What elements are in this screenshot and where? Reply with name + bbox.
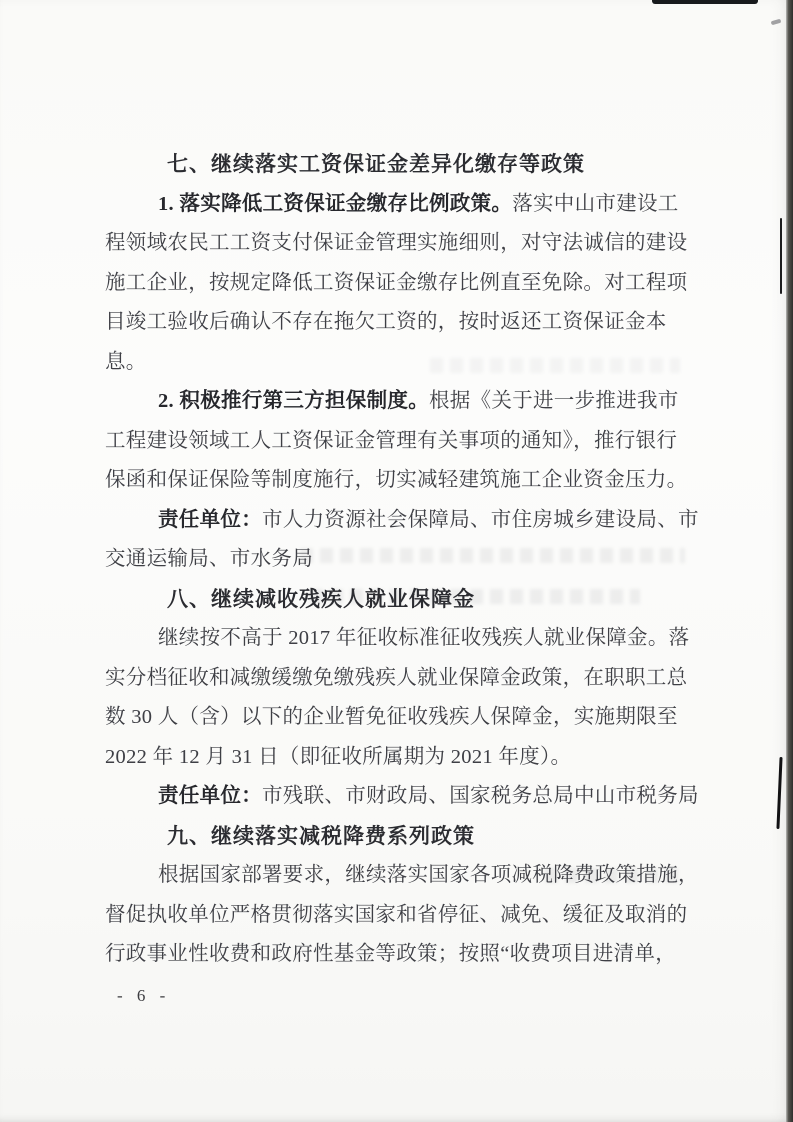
text-line: 行政事业性收费和政府性基金等政策；按照“收费项目进清单， (105, 935, 685, 975)
text-line: 施工企业，按规定降低工资保证金缴存比例直至免除。对工程项 (105, 264, 685, 304)
text-line: 目竣工验收后确认不存在拖欠工资的，按时返还工资保证金本 (105, 303, 685, 343)
line-text: 市人力资源社会保障局、市住房城乡建设局、市 (262, 509, 699, 531)
heading-text: 七、继续落实工资保证金差异化缴存等政策 (167, 153, 585, 176)
text-line: 数 30 人（含）以下的企业暂免征收残疾人保障金，实施期限至 (105, 698, 685, 738)
line-text: 程领域农民工工资支付保证金管理实施细则，对守法诚信的建设 (105, 232, 687, 254)
text-line: 继续按不高于 2017 年征收标准征收残疾人就业保障金。落 (105, 619, 685, 659)
text-line: 交通运输局、市水务局 (105, 540, 685, 580)
line-text: 保函和保证保险等制度施行，切实减轻建筑施工企业资金压力。 (105, 469, 687, 491)
bold-lead-text: 责任单位： (158, 785, 262, 807)
bold-lead-text: 责任单位： (158, 509, 262, 531)
bold-lead-text: 1. 落实降低工资保证金缴存比例政策。 (158, 193, 512, 215)
line-text: 督促执收单位严格贯彻落实国家和省停征、减免、缓征及取消的 (105, 904, 687, 926)
section-heading-8: 八、继续减收残疾人就业保障金 (105, 580, 685, 620)
scan-top-edge-mark (652, 0, 758, 4)
line-text: 目竣工验收后确认不存在拖欠工资的，按时返还工资保证金本 (105, 311, 667, 333)
line-text: 实分档征收和减缴缓缴免缴残疾人就业保障金政策，在职职工总 (105, 667, 687, 689)
line-text: 落实中山市建设工 (512, 193, 678, 215)
text-line: 1. 落实降低工资保证金缴存比例政策。落实中山市建设工 (105, 185, 685, 225)
line-text: 数 30 人（含）以下的企业暂免征收残疾人保障金，实施期限至 (105, 706, 678, 728)
text-line: 实分档征收和减缴缓缴免缴残疾人就业保障金政策，在职职工总 (105, 659, 685, 699)
line-text: 行政事业性收费和政府性基金等政策；按照“收费项目进清单， (105, 943, 676, 965)
line-text: 交通运输局、市水务局 (105, 548, 313, 570)
line-text: 2022 年 12 月 31 日（即征收所属期为 2021 年度）。 (105, 746, 571, 768)
responsible-unit-line: 责任单位：市残联、市财政局、国家税务总局中山市税务局 (105, 777, 685, 817)
line-text: 工程建设领域工人工资保证金管理有关事项的通知》，推行银行 (105, 430, 677, 452)
line-text: 根据《关于进一步推进我市 (429, 390, 679, 412)
section-heading-7: 七、继续落实工资保证金差异化缴存等政策 (105, 145, 685, 185)
text-line: 2. 积极推行第三方担保制度。根据《关于进一步推进我市 (105, 382, 685, 422)
scan-hairline-artifact (780, 218, 782, 294)
text-line: 根据国家部署要求，继续落实国家各项减税降费政策措施， (105, 856, 685, 896)
text-line: 保函和保证保险等制度施行，切实减轻建筑施工企业资金压力。 (105, 461, 685, 501)
heading-text: 九、继续落实减税降费系列政策 (167, 825, 475, 848)
line-text: 市残联、市财政局、国家税务总局中山市税务局 (262, 785, 699, 807)
line-text: 继续按不高于 2017 年征收标准征收残疾人就业保障金。落 (158, 627, 689, 649)
responsible-unit-line: 责任单位：市人力资源社会保障局、市住房城乡建设局、市 (105, 501, 685, 541)
line-text: 施工企业，按规定降低工资保证金缴存比例直至免除。对工程项 (105, 272, 687, 294)
scan-right-edge-shadow (786, 0, 793, 1122)
section-heading-9: 九、继续落实减税降费系列政策 (105, 817, 685, 857)
heading-text: 八、继续减收残疾人就业保障金 (167, 588, 475, 611)
text-line: 工程建设领域工人工资保证金管理有关事项的通知》，推行银行 (105, 422, 685, 462)
text-line: 督促执收单位严格贯彻落实国家和省停征、减免、缓征及取消的 (105, 896, 685, 936)
line-text: 息。 (105, 351, 147, 373)
page-number: - 6 - (117, 986, 170, 1006)
text-line: 程领域农民工工资支付保证金管理实施细则，对守法诚信的建设 (105, 224, 685, 264)
text-line: 2022 年 12 月 31 日（即征收所属期为 2021 年度）。 (105, 738, 685, 778)
text-line: 息。 (105, 343, 685, 383)
document-body: 七、继续落实工资保证金差异化缴存等政策 1. 落实降低工资保证金缴存比例政策。落… (105, 145, 685, 975)
line-text: 根据国家部署要求，继续落实国家各项减税降费政策措施， (158, 864, 699, 886)
bold-lead-text: 2. 积极推行第三方担保制度。 (158, 390, 429, 412)
